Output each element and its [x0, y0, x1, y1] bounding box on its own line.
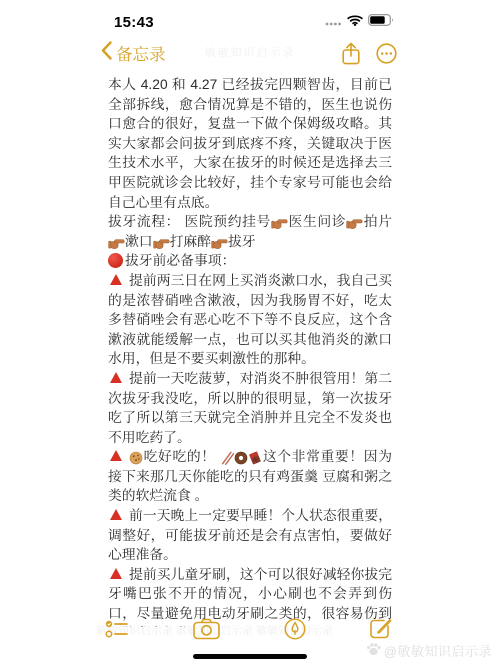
red-triangle-icon: [110, 450, 122, 461]
point-right-icon: [346, 217, 363, 230]
cookie-icon: [129, 451, 143, 465]
note-paragraph: 拔牙前必备事项：: [108, 251, 392, 271]
note-text: 本人 4.20 和 4.27 已经拔完四颗智齿，目前已全部拆线，愈合情况算是不错…: [108, 77, 392, 210]
note-paragraph: 吃好吃的！ 这个非常重要！因为接下来那几天你能吃的只有鸡蛋羹 豆腐和粥之类的软烂…: [108, 447, 392, 506]
note-paragraph: 提前两三日在网上买消炎漱口水，我自己买的是浓替硝唑含漱液，因为我肠胃不好，吃太多…: [108, 271, 392, 369]
compose-icon[interactable]: [369, 617, 393, 640]
chopsticks-icon: [220, 451, 234, 465]
back-button[interactable]: 备忘录: [101, 41, 166, 65]
note-paragraph: 拔牙流程： 医院预约挂号医生问诊拍片漱口打麻醉拔牙: [108, 212, 392, 251]
status-time: 15:43: [114, 14, 154, 31]
note-text: 拔牙前必备事项：: [125, 253, 235, 268]
home-indicator[interactable]: [193, 654, 307, 659]
status-bar: 15:43: [90, 0, 410, 36]
bottom-toolbar: [90, 617, 410, 640]
note-text: 提前两三日在网上买消炎漱口水，我自己买的是浓替硝唑含漱液，因为我肠胃不好，吃太多…: [108, 273, 392, 366]
point-right-icon: [153, 237, 170, 250]
note-text: 前一天晚上一定要早睡！个人状态很重要，调整好，可能拔牙前还是会有点害怕，要做好心…: [108, 508, 392, 562]
red-circle-icon: [108, 253, 123, 268]
note-text: 吃好吃的！: [143, 449, 220, 464]
note-text: 拍片: [363, 214, 392, 229]
nav-bar: 备忘录: [90, 36, 410, 70]
note-text: 漱口: [125, 234, 153, 249]
red-triangle-icon: [110, 372, 122, 383]
note-text: 打麻醉: [170, 234, 211, 249]
red-triangle-icon: [110, 509, 122, 520]
markup-icon[interactable]: [284, 618, 306, 640]
note-text: 医生问诊: [288, 214, 346, 229]
chocolate-icon: [248, 451, 262, 465]
note-paragraph: 本人 4.20 和 4.27 已经拔完四颗智齿，目前已全部拆线，愈合情况算是不错…: [108, 75, 392, 212]
note-paragraph: 前一天晚上一定要早睡！个人状态很重要，调整好，可能拔牙前还是会有点害怕，要做好心…: [108, 506, 392, 565]
checklist-icon[interactable]: [104, 618, 130, 640]
notes-app-screen: 15:43: [90, 0, 410, 667]
red-triangle-icon: [110, 274, 122, 285]
red-triangle-icon: [110, 568, 122, 579]
share-icon[interactable]: [342, 42, 360, 65]
point-right-icon: [211, 237, 228, 250]
back-chevron-icon: [101, 41, 112, 65]
note-text: 拔牙流程： 医院预约挂号: [108, 214, 271, 229]
note-text: 拔牙: [228, 234, 256, 249]
point-right-icon: [271, 217, 288, 230]
wifi-icon: [347, 13, 363, 31]
camera-icon[interactable]: [193, 618, 220, 640]
point-right-icon: [108, 237, 125, 250]
donut-icon: [234, 451, 248, 465]
battery-icon: [368, 13, 394, 31]
note-text: 提前一天吃菠萝，对消炎不肿很管用！第二次拔牙我没吃，所以肿的很明显，第一次拔牙吃…: [108, 371, 392, 445]
more-icon[interactable]: [376, 43, 397, 64]
back-label: 备忘录: [116, 41, 166, 65]
note-paragraph: 提前一天吃菠萝，对消炎不肿很管用！第二次拔牙我没吃，所以肿的很明显，第一次拔牙吃…: [108, 369, 392, 447]
cellular-signal-icon: [325, 13, 342, 31]
note-body[interactable]: 本人 4.20 和 4.27 已经拔完四颗智齿，目前已全部拆线，愈合情况算是不错…: [90, 70, 410, 627]
